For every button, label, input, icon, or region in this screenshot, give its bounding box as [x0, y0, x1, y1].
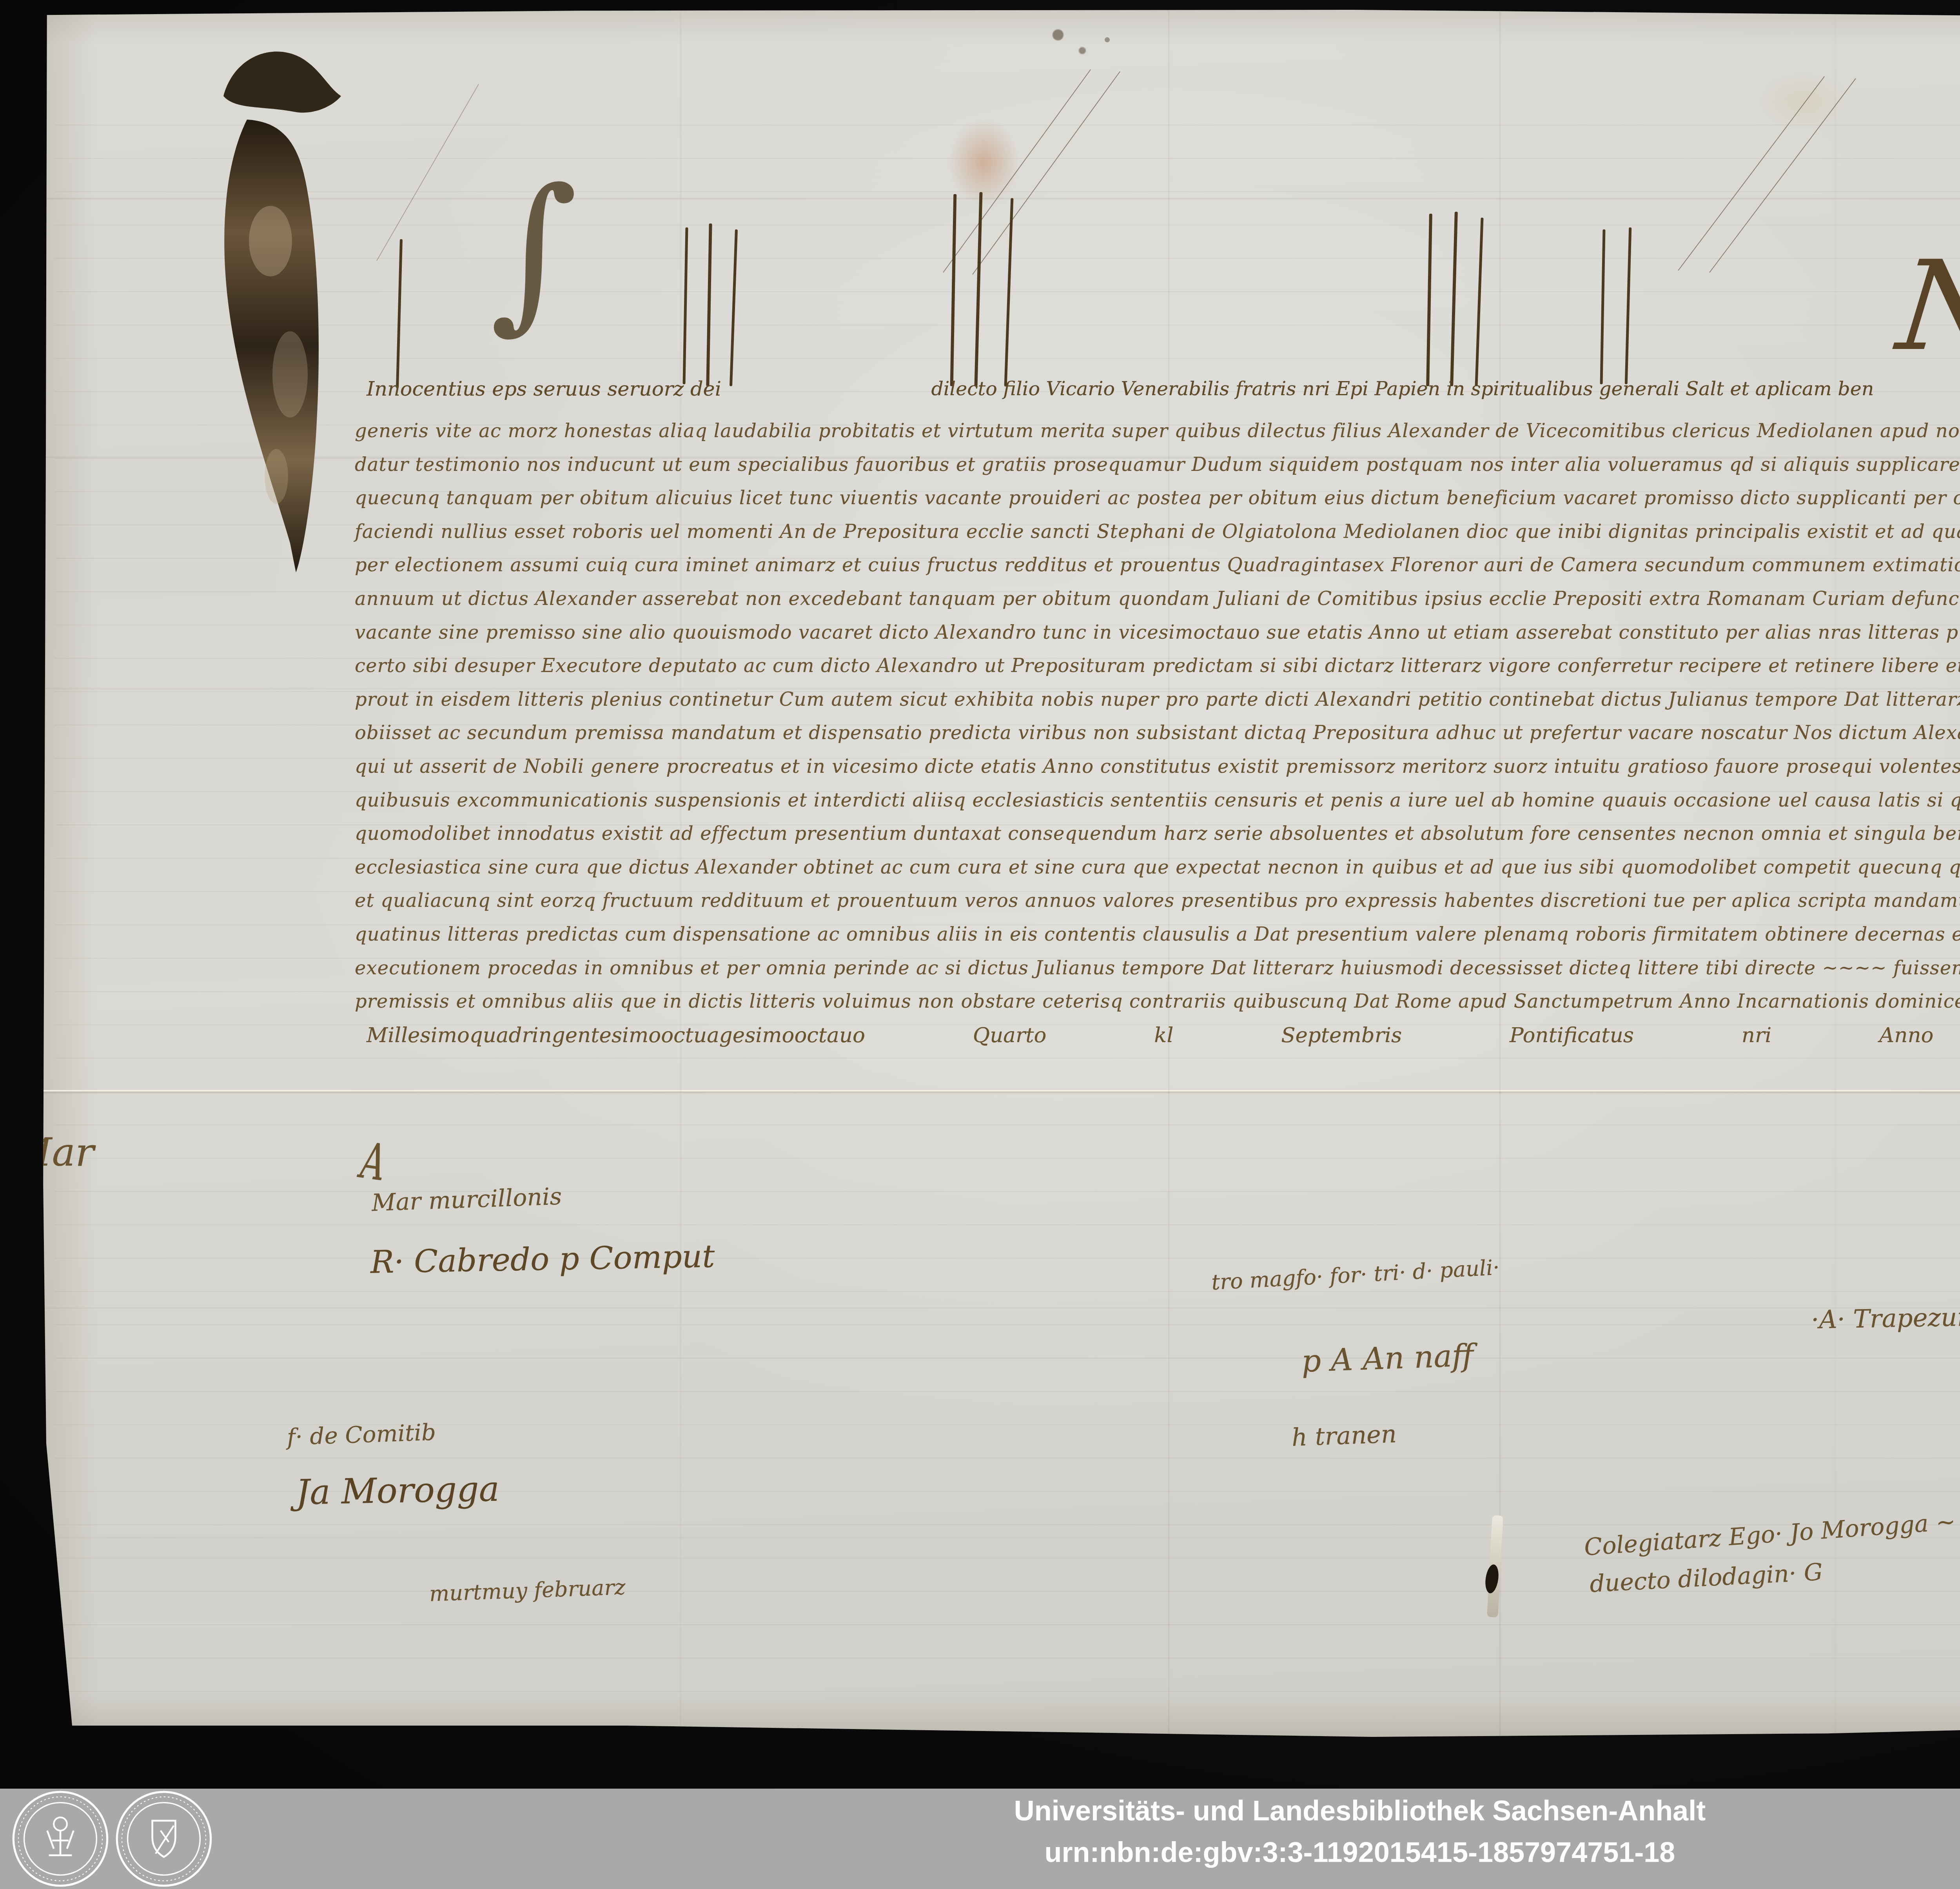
- charter-text-line: qui ut asserit de Nobili genere procreat…: [355, 750, 1960, 784]
- incipit-line: Innocentius eps seruus seruorz dei dilec…: [367, 378, 1960, 401]
- dating-clause-part: kl: [1154, 1023, 1173, 1047]
- fold-line: [39, 1090, 1960, 1092]
- computator-signature: R· Cabredo p Comput: [370, 1238, 715, 1280]
- charter-text-line: per electionem assumi cuiq cura iminet a…: [355, 549, 1960, 582]
- charter-body-text: generis vite ac morz honestas aliaq laud…: [355, 414, 1960, 1019]
- referendarius-signature: p A An naff: [1301, 1338, 1474, 1379]
- ink-spot: [1079, 47, 1086, 54]
- footer-bar: Universitäts- und Landesbibliothek Sachs…: [0, 1789, 1960, 1889]
- scriptor-signature: h tranen: [1291, 1419, 1397, 1451]
- stain: [1756, 73, 1850, 131]
- charter-text-line: faciendi nullius esset roboris uel momen…: [355, 515, 1960, 549]
- charter-text-line: annuum ut dictus Alexander asserebat non…: [355, 582, 1960, 616]
- ascender-flourish: ∫: [490, 167, 578, 335]
- charter-text-line: ecclesiastica sine cura que dictus Alexa…: [355, 851, 1960, 885]
- dating-clause-part: nri: [1742, 1023, 1771, 1047]
- charter-text-line: quomodolibet innodatus existit ad effect…: [355, 817, 1960, 851]
- dating-clause-part: Septembris: [1281, 1023, 1402, 1047]
- charter-text-line: datur testimonio nos inducunt ut eum spe…: [355, 448, 1960, 482]
- decorated-initial-ornament: [212, 37, 341, 586]
- charter-text-line: prout in eisdem litteris plenius contine…: [355, 683, 1960, 717]
- charter-text-line: generis vite ac morz honestas aliaq laud…: [355, 414, 1960, 448]
- charter-text-line: executionem procedas in omnibus et per o…: [355, 952, 1960, 985]
- incipit-middle: dilecto filio Vicario Venerabilis fratri…: [931, 378, 1874, 401]
- rust-stain: [949, 120, 1019, 206]
- charter-text-line: et qualiacunq sint eorzq fructuum reddit…: [355, 884, 1960, 918]
- charter-text-line: quatinus litteras predictas cum dispensa…: [355, 918, 1960, 952]
- dating-clause-part: Pontificatus: [1510, 1023, 1634, 1047]
- charter-text-line: certo sibi desuper Executore deputato ac…: [355, 649, 1960, 683]
- institution-name: Universitäts- und Landesbibliothek Sachs…: [0, 1795, 1960, 1827]
- comitibus-signature: f· de Comitib: [287, 1419, 436, 1450]
- ink-spot: [1053, 29, 1063, 40]
- charter-text-line: quecunq tanquam per obitum alicuius lice…: [355, 481, 1960, 515]
- dating-clause-line: Millesimoquadringentesimooctuagesimoocta…: [367, 1023, 1960, 1047]
- charter-text-line: premissis et omnibus aliis que in dictis…: [355, 985, 1960, 1019]
- scan-page: ∫ N Innocentius eps seruus seruorz dei d…: [0, 0, 1960, 1889]
- trapezuntius-signature: ·A· Trapezuntius·,: [1811, 1302, 1960, 1335]
- dating-clause-part: Millesimoquadringentesimooctuagesimoocta…: [367, 1023, 865, 1047]
- morogga-signature: Ja Morogga: [296, 1468, 500, 1512]
- charter-text-line: obiisset ac secundum premissa mandatum e…: [355, 716, 1960, 750]
- incipit-left: Innocentius eps seruus seruorz dei: [367, 378, 721, 401]
- urn-identifier: urn:nbn:de:gbv:3:3-1192015415-1857974751…: [0, 1836, 1960, 1869]
- dating-clause-part: Anno: [1879, 1023, 1933, 1047]
- charter-text-line: vacante sine premisso sine alio quouismo…: [355, 616, 1960, 650]
- dating-clause-part: Quarto: [973, 1023, 1047, 1047]
- charter-text-line: quibusuis excommunicationis suspensionis…: [355, 784, 1960, 817]
- margin-note-mar: Mar: [12, 1129, 94, 1175]
- parchment-document: ∫ N Innocentius eps seruus seruorz dei d…: [39, 10, 1960, 1737]
- ink-spot: [1105, 37, 1110, 42]
- fold-line: [39, 1308, 1960, 1309]
